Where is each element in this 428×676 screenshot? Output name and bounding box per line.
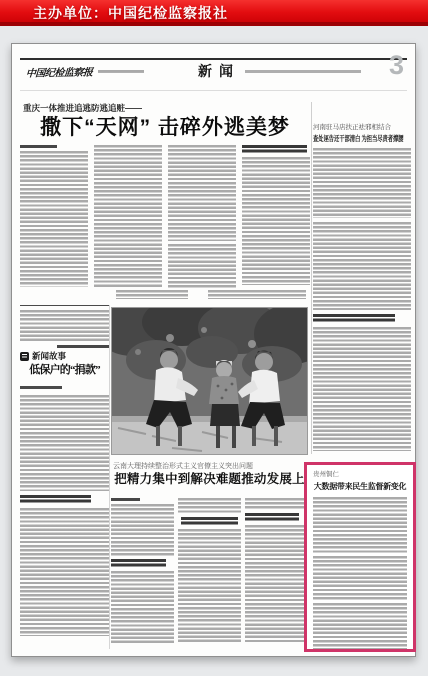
news-story-body — [20, 395, 109, 636]
masthead-editor-info — [245, 70, 361, 73]
newspaper-page: 中国纪检监察报 新闻 3 重庆一体推进追逃防逃追赃—— 撒下“天网” 击碎外逃美… — [11, 43, 416, 657]
highlight-body — [313, 497, 407, 649]
middle-col-2 — [178, 498, 241, 649]
main-story-endnote — [20, 305, 109, 348]
newspaper-logo: 中国纪检监察报 — [25, 63, 93, 79]
middle-col-3 — [245, 498, 308, 649]
main-story-headline: 撒下“天网” 击碎外逃美梦 — [20, 111, 310, 141]
main-col-3 — [168, 145, 236, 288]
middle-story-headline: 把精力集中到解决难题推动发展上 — [111, 469, 308, 487]
middle-col-1 — [111, 498, 174, 649]
main-col-4 — [242, 145, 310, 288]
highlight-kicker: 贵州铜仁 — [313, 469, 407, 478]
news-story-icon — [20, 352, 29, 361]
main-col-1 — [20, 145, 88, 288]
news-story-byline — [20, 386, 62, 389]
screenshot-canvas: 主办单位：中国纪检监察报社 中国纪检监察报 新闻 3 重庆一体推进追逃防逃追赃—… — [0, 0, 428, 676]
photo-caption-right — [208, 290, 306, 299]
right-story-body — [313, 148, 411, 451]
masthead-top-rule — [20, 58, 407, 60]
masthead-bottom-rule — [20, 90, 407, 91]
banner-organizer-text: 主办单位：中国纪检监察报社 — [33, 3, 228, 23]
news-photo-illustration — [112, 308, 308, 455]
masthead-dateline — [98, 70, 144, 73]
right-story-kicker: 河南驻马店扶正祛邪相结合 — [313, 122, 391, 131]
main-story-columns — [20, 145, 310, 288]
site-banner: 主办单位：中国纪检监察报社 — [0, 0, 428, 26]
column-rule-right — [311, 102, 312, 454]
main-col-2 — [94, 145, 162, 288]
news-story-headline: 低保户的“捐款” — [20, 361, 109, 377]
news-photo — [111, 307, 308, 455]
highlight-headline: 大数据带来民生监督新变化 — [313, 481, 407, 492]
page-number: 3 — [389, 50, 404, 81]
middle-story-columns — [111, 498, 308, 649]
column-rule-left — [109, 305, 110, 649]
highlighted-article-box: 贵州铜仁 大数据带来民生监督新变化 — [304, 462, 416, 652]
photo-caption-left — [116, 290, 188, 299]
right-story-headline: 查处诬告还干部清白 为担当尽责者撑腰 — [313, 133, 404, 144]
